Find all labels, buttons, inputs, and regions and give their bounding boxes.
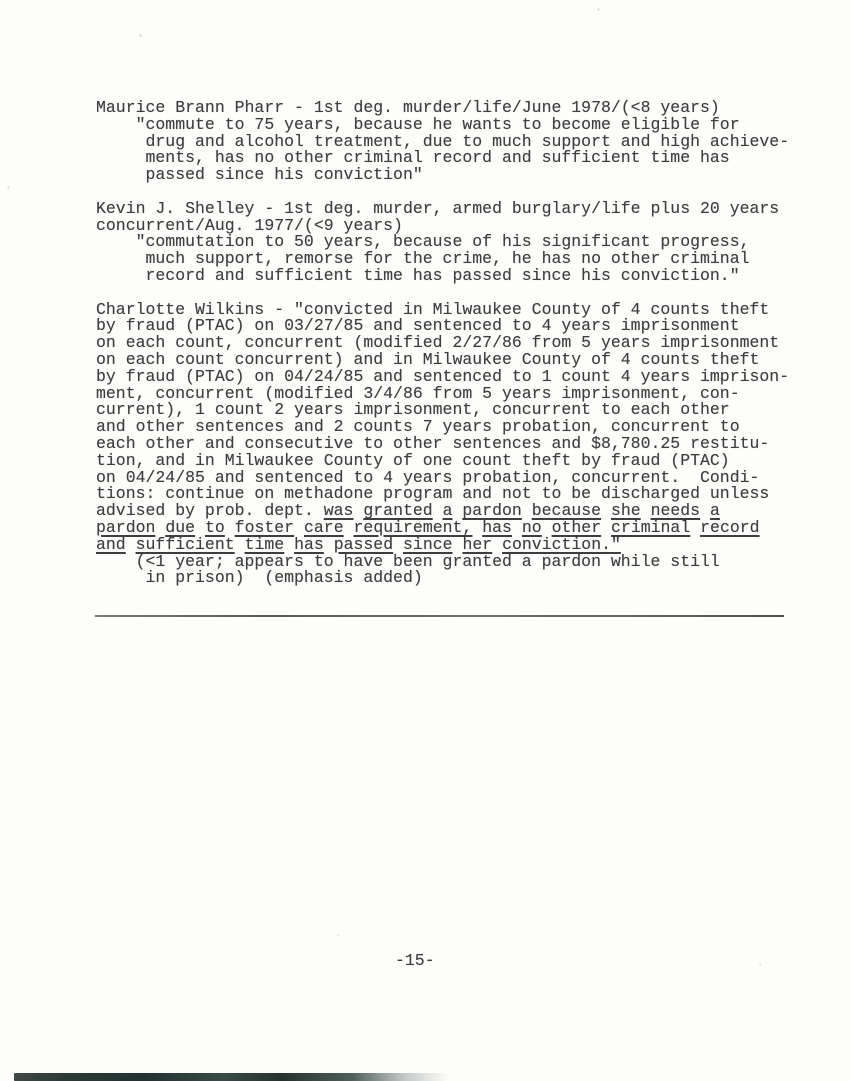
document-line: record and sufficient time has passed si…	[96, 268, 789, 285]
document-line: passed since his conviction"	[96, 167, 789, 184]
horizontal-rule	[95, 615, 784, 617]
emphasized-word: since	[403, 535, 453, 554]
scanned-document-page: Maurice Brann Pharr - 1st deg. murder/li…	[0, 0, 850, 1081]
emphasized-word: has	[294, 535, 324, 554]
emphasized-word: and	[96, 535, 126, 554]
document-line: in prison) (emphasis added)	[96, 570, 789, 587]
charlotte-wilkins-entry: Charlotte Wilkins - "convicted in Milwau…	[96, 302, 789, 588]
maurice-pharr-entry: Maurice Brann Pharr - 1st deg. murder/li…	[96, 100, 789, 184]
document-line: tion, and in Milwaukee County of one cou…	[96, 453, 789, 470]
scanner-edge-artifact	[14, 1073, 448, 1081]
emphasized-word: passed	[334, 535, 393, 554]
emphasized-word: her	[462, 535, 492, 554]
emphasized-word: sufficient	[136, 535, 235, 554]
scan-noise-speckles	[0, 0, 1, 1]
emphasized-word: conviction."	[502, 535, 621, 554]
emphasized-word: time	[245, 535, 285, 554]
page-number: -15-	[395, 953, 435, 970]
emphasized-word: criminal	[611, 518, 690, 537]
kevin-shelley-entry: Kevin J. Shelley - 1st deg. murder, arme…	[96, 201, 789, 285]
emphasized-word: record	[700, 518, 759, 537]
document-line: and sufficient time has passed since her…	[96, 537, 789, 554]
document-body: Maurice Brann Pharr - 1st deg. murder/li…	[96, 100, 789, 587]
